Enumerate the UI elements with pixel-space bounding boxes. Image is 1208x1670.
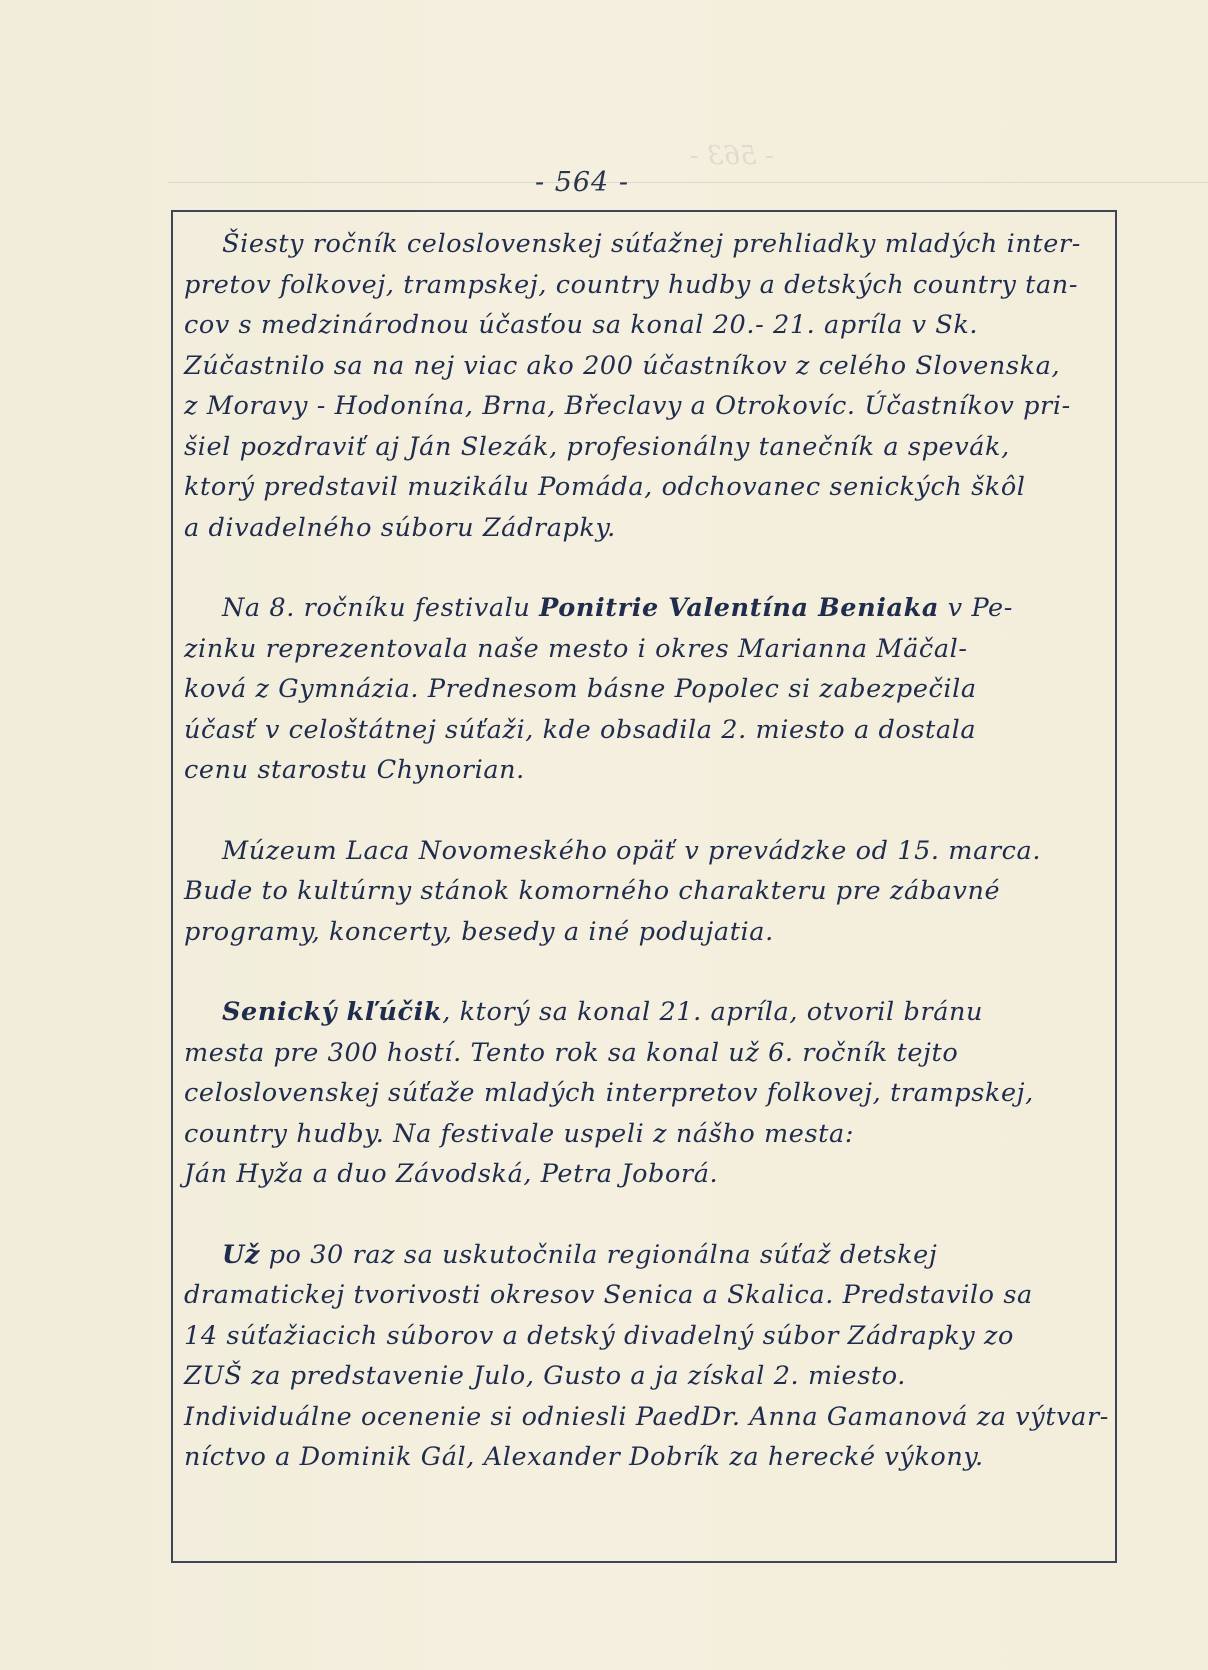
paragraph-museum: Múzeum Laca Novomeského opäť v prevádzke… (184, 831, 1112, 953)
page-number: - 564 - (535, 167, 629, 198)
chronicle-page: - 563 - - 564 - Šiesty ročník celosloven… (0, 0, 1208, 1670)
text-line: Šiesty ročník celoslovenskej súťažnej pr… (184, 224, 1112, 265)
text-line: programy, koncerty, besedy a iné podujat… (184, 912, 1112, 953)
text-line: 14 súťažiacich súborov a detský divadeln… (184, 1316, 1112, 1357)
text-line: cov s medzinárodnou účasťou sa konal 20.… (184, 305, 1112, 346)
text-line: Bude to kultúrny stánok komorného charak… (184, 871, 1112, 912)
emphasized-text: Už (222, 1240, 260, 1270)
handwritten-content: Šiesty ročník celoslovenskej súťažnej pr… (184, 224, 1112, 1518)
text-line: mesta pre 300 hostí. Tento rok sa konal … (184, 1033, 1112, 1074)
text-line: dramatickej tvorivosti okresov Senica a … (184, 1275, 1112, 1316)
bleed-through-page-number: - 563 - (690, 140, 774, 173)
paragraph-festival-intro: Šiesty ročník celoslovenskej súťažnej pr… (184, 224, 1112, 548)
text-line: Múzeum Laca Novomeského opäť v prevádzke… (184, 831, 1112, 872)
emphasized-text: Ponitrie Valentína Beniaka (539, 593, 939, 623)
paragraph-ponitrie-festival: Na 8. ročníku festivalu Ponitrie Valentí… (184, 588, 1112, 791)
text-line: country hudby. Na festivale uspeli z náš… (184, 1114, 1112, 1155)
text-line: šiel pozdraviť aj Ján Slezák, profesioná… (184, 427, 1112, 468)
text-line: účasť v celoštátnej súťaži, kde obsadila… (184, 710, 1112, 751)
text-line: cenu starostu Chynorian. (184, 750, 1112, 791)
top-ruled-line (168, 182, 1208, 183)
text-line: zinku reprezentovala naše mesto i okres … (184, 629, 1112, 670)
text-line: ZUŠ za predstavenie Julo, Gusto a ja zís… (184, 1356, 1112, 1397)
text-line: Už po 30 raz sa uskutočnila regionálna s… (184, 1235, 1112, 1276)
text-line: Ján Hyža a duo Závodská, Petra Joborá. (184, 1154, 1112, 1195)
text-line: Senický kľúčik, ktorý sa konal 21. apríl… (184, 992, 1112, 1033)
text-line: celoslovenskej súťaže mladých interpreto… (184, 1073, 1112, 1114)
text-line: ková z Gymnázia. Prednesom básne Popolec… (184, 669, 1112, 710)
text-line: pretov folkovej, trampskej, country hudb… (184, 265, 1112, 306)
paragraph-senicky-klucik: Senický kľúčik, ktorý sa konal 21. apríl… (184, 992, 1112, 1195)
text-line: Na 8. ročníku festivalu Ponitrie Valentí… (184, 588, 1112, 629)
text-line: z Moravy - Hodonína, Brna, Břeclavy a Ot… (184, 386, 1112, 427)
emphasized-text: Senický kľúčik (222, 997, 442, 1027)
text-line: ktorý predstavil muzikálu Pomáda, odchov… (184, 467, 1112, 508)
paragraph-dramatic-competition: Už po 30 raz sa uskutočnila regionálna s… (184, 1235, 1112, 1478)
text-line: Zúčastnilo sa na nej viac ako 200 účastn… (184, 346, 1112, 387)
text-line: Individuálne ocenenie si odniesli PaedDr… (184, 1397, 1112, 1438)
text-line: níctvo a Dominik Gál, Alexander Dobrík z… (184, 1437, 1112, 1478)
text-line: a divadelného súboru Zádrapky. (184, 508, 1112, 549)
